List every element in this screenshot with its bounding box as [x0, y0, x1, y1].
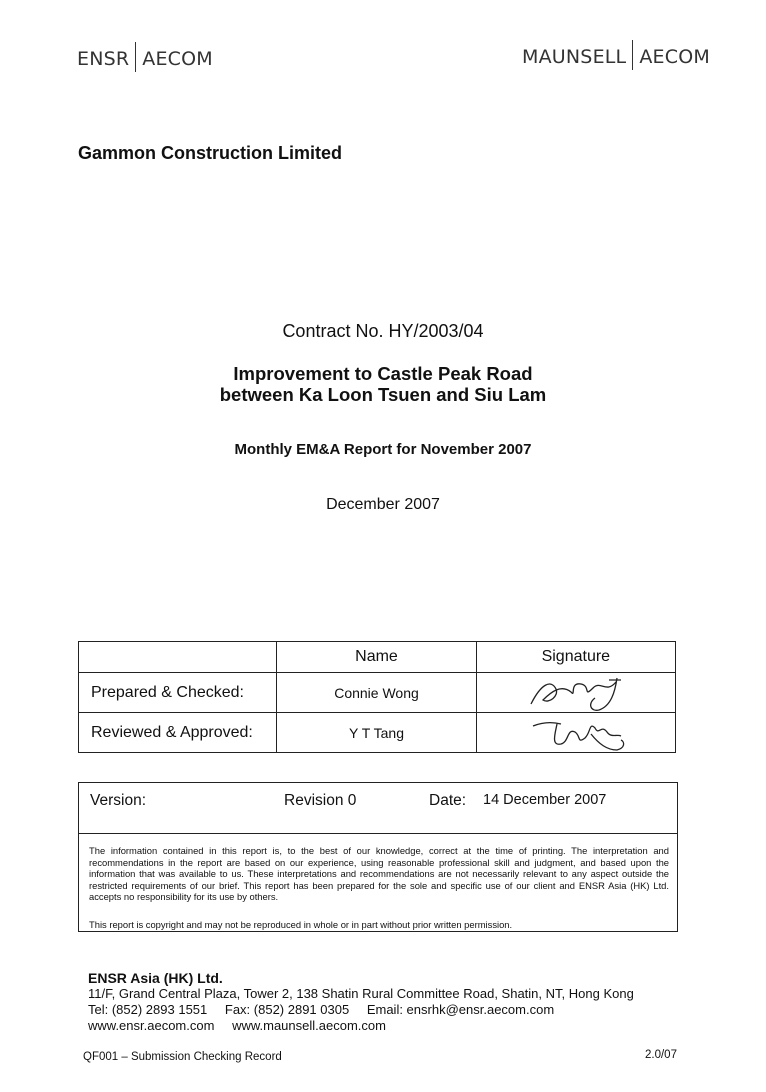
form-reference: QF001 – Submission Checking Record	[83, 1051, 282, 1063]
logo-divider	[135, 42, 136, 72]
header-cell-empty	[79, 642, 277, 673]
form-version: 2.0/07	[645, 1049, 677, 1061]
name-cell: Y T Tang	[277, 713, 476, 753]
website-maunsell: www.maunsell.aecom.com	[232, 1018, 386, 1033]
table-row: Reviewed & Approved: Y T Tang	[79, 713, 676, 753]
report-title-line2: between Ka Loon Tsuen and Siu Lam	[0, 384, 766, 406]
website-ensr: www.ensr.aecom.com	[88, 1018, 214, 1033]
company-email: Email: ensrhk@ensr.aecom.com	[367, 1002, 554, 1017]
date-value: 14 December 2007	[483, 792, 606, 808]
client-name: Gammon Construction Limited	[78, 143, 342, 164]
company-address: 11/F, Grand Central Plaza, Tower 2, 138 …	[88, 986, 634, 1001]
maunsell-aecom-logo: MAUNSELLAECOM	[522, 42, 710, 72]
signature-cell	[476, 673, 675, 713]
issue-date: December 2007	[0, 496, 766, 514]
report-title-line1: Improvement to Castle Peak Road	[0, 363, 766, 385]
version-value: Revision 0	[284, 792, 356, 810]
company-tel: Tel: (852) 2893 1551	[88, 1002, 207, 1017]
logo-divider	[632, 40, 633, 70]
ensr-aecom-logo: ENSRAECOM	[77, 44, 213, 74]
header-cell-name: Name	[277, 642, 476, 673]
header-cell-signature: Signature	[476, 642, 675, 673]
contract-number: Contract No. HY/2003/04	[0, 321, 766, 342]
company-contacts: Tel: (852) 2893 1551 Fax: (852) 2891 030…	[88, 1002, 568, 1017]
role-cell: Prepared & Checked:	[79, 673, 277, 713]
signature-icon	[521, 714, 631, 752]
role-cell: Reviewed & Approved:	[79, 713, 277, 753]
copyright-notice: This report is copyright and may not be …	[89, 919, 512, 930]
signoff-table: Name Signature Prepared & Checked: Conni…	[78, 641, 676, 753]
logo-maunsell: MAUNSELL	[522, 46, 626, 68]
company-websites: www.ensr.aecom.com www.maunsell.aecom.co…	[88, 1018, 400, 1033]
version-info-box: Version: Revision 0 Date: 14 December 20…	[78, 782, 678, 932]
signoff-header-row: Name Signature	[79, 642, 676, 673]
disclaimer-text: The information contained in this report…	[89, 845, 669, 903]
version-row: Version: Revision 0 Date: 14 December 20…	[79, 783, 677, 834]
date-label: Date:	[429, 792, 466, 810]
logo-ensr: ENSR	[77, 48, 129, 70]
name-cell: Connie Wong	[277, 673, 476, 713]
company-fax: Fax: (852) 2891 0305	[225, 1002, 349, 1017]
company-name: ENSR Asia (HK) Ltd.	[88, 970, 223, 986]
logo-aecom: AECOM	[142, 48, 213, 70]
report-subtitle: Monthly EM&A Report for November 2007	[0, 441, 766, 458]
version-label: Version:	[90, 792, 146, 810]
signature-cell	[476, 713, 675, 753]
signature-icon	[521, 674, 631, 712]
logo-aecom: AECOM	[639, 46, 710, 68]
table-row: Prepared & Checked: Connie Wong	[79, 673, 676, 713]
